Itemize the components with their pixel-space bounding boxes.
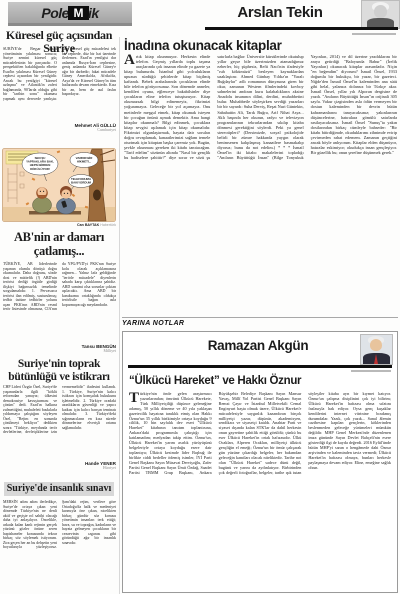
columnist-name-ramazan: Ramazan Akgün [183, 338, 333, 353]
cartoon-drawing: SEN ŞU YAPRAKLARA BAK, HEPSİ BİRDEN DÖKÜ… [2, 148, 116, 222]
dropcap-a: A [124, 54, 136, 66]
headline-insanlik-sinavi: Suriye'de insanlık sınavı [4, 482, 114, 496]
logo-m-block: M [70, 6, 87, 20]
cartoonist-name: Can BAYTAK [77, 223, 99, 227]
columnist-photo-arslan [361, 0, 400, 29]
column-divider [119, 37, 120, 594]
cartoon-caption: Can BAYTAK Habertürk [2, 223, 116, 227]
article-notes-body: Türkiye'nin önde gelen araştırmacı yazar… [129, 392, 391, 586]
notes-byline-rule [128, 365, 392, 368]
dropcap-t: T [129, 392, 140, 404]
cartoon-source: Habertürk [100, 223, 116, 227]
signature-source: Milliyet [3, 349, 116, 354]
email-text [352, 33, 396, 35]
article-kuresel-guc-body: SURİYE'de Beşşar Esad yönetiminin yıkılm… [3, 47, 116, 121]
svg-text:DÖKÜLÜYOR!: DÖKÜLÜYOR! [30, 167, 50, 171]
article-main-body: Artık kitap okunmuyor. Herkesin elinde t… [124, 54, 397, 314]
signature-source: Hürriyet [3, 466, 116, 471]
article-main-text: rtık kitap okunmuyor. Herkesin elinde te… [124, 54, 397, 160]
signature-yener: Hande YENER Hürriyet [3, 461, 116, 471]
article-ab-body: TÜRKİYE, AB liderlerinde yaşanan olumlu … [3, 262, 116, 342]
svg-text:HİKMETİ...: HİKMETİ... [77, 160, 91, 164]
notes-label: YARINA NOTLAR [122, 320, 184, 327]
photo-tie [374, 354, 378, 364]
logo-text-post: ik [88, 5, 99, 21]
logo-text-pre: Pole [41, 5, 69, 21]
notes-box: Ramazan Akgün “Ülkücü Hareket” ve Hakkı … [122, 331, 398, 593]
photo-face [370, 339, 382, 351]
headline-ulkucu-hareket: “Ülkücü Hareket” ve Hakkı Öznur [129, 375, 391, 387]
section-rule [122, 317, 398, 318]
article-notes-text: ürkiye'nin önde gelen araştırmacı yazarl… [129, 391, 391, 475]
editorial-cartoon: SEN ŞU YAPRAKLARA BAK, HEPSİ BİRDEN DÖKÜ… [2, 148, 116, 222]
article-insanlik-body: MERSİN adım adım ilerledikçe, Suriye'de … [3, 500, 116, 592]
section-logo-polemik: Pole M ik [8, 2, 132, 26]
svg-text:BAKIYORDUM: BAKIYORDUM [71, 181, 92, 185]
notes-email-text [351, 370, 391, 372]
newspaper-page: Pole M ik Arslan Tekin Küresel güç açısı… [0, 0, 400, 594]
headline-main: İnadına okunacak kitaplar [124, 38, 398, 53]
headline-toprak-butunlugu: Suriye'nin toprak bütünlüğü ve istikrarı [1, 358, 117, 383]
signature-gullu: Mehmet Ali GÜLLÜ Cumhuriyet [3, 123, 116, 133]
photo-face [374, 5, 387, 18]
byline-rule [205, 27, 398, 30]
signature-bengun: Tansu BENGÜN Milliyet [3, 344, 116, 354]
columnist-photo-ramazan [360, 334, 393, 365]
article-toprak-body: CHP Lideri Özgür Özel, Suriye'de yaşanan… [3, 385, 116, 459]
headline-ab-ar-damari: AB'nin ar damarı çatlamış... [1, 231, 117, 258]
columnist-name-top: Arslan Tekin [200, 4, 360, 21]
signature-source: Cumhuriyet [3, 128, 116, 133]
